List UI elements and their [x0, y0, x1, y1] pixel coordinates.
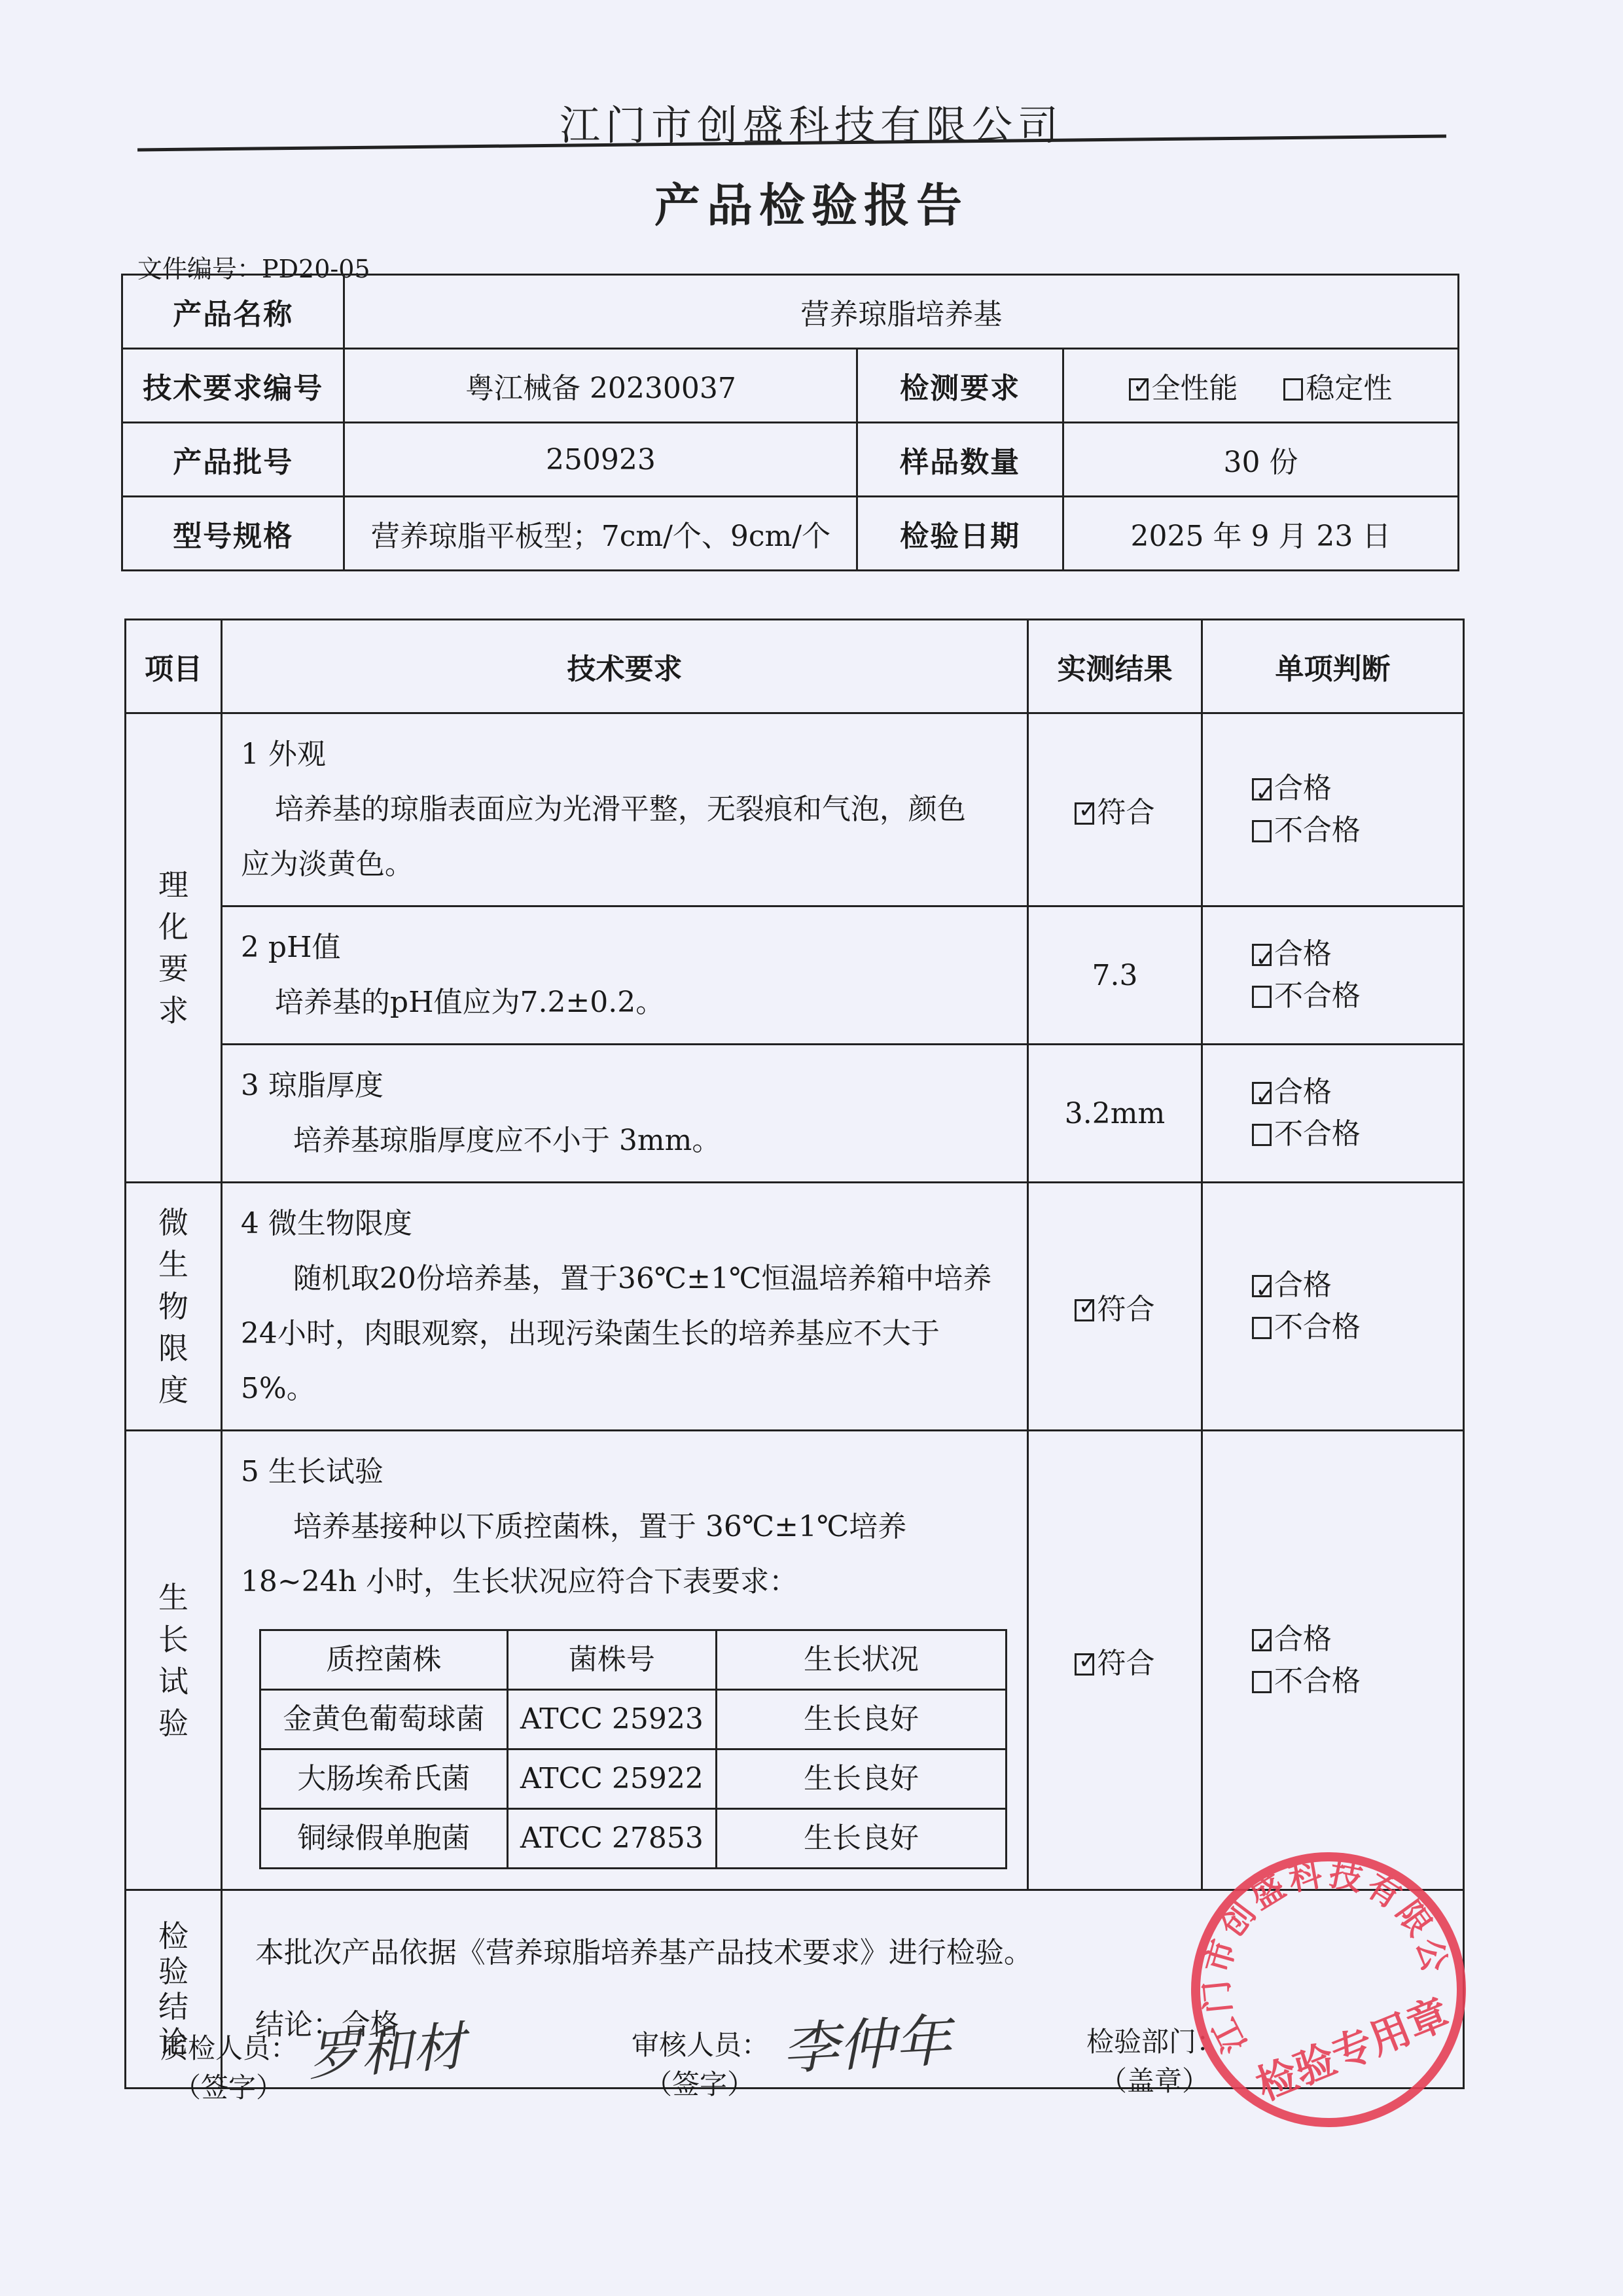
test-date-value: 2025 年 9 月 23 日 [1063, 497, 1458, 571]
fail-checkbox[interactable] [1252, 1671, 1272, 1693]
item-title: 4 微生物限度 [241, 1196, 1007, 1251]
judgement-cell: 合格 不合格 [1202, 1183, 1463, 1431]
item-desc: 培养基的pH值应为7.2±0.2。 [241, 975, 1007, 1030]
pass-checkbox[interactable] [1252, 944, 1272, 966]
test-req-options: 全性能 稳定性 [1063, 349, 1458, 423]
reviewer-sub: （签字） [632, 2065, 769, 2104]
inspector-signature[interactable]: 罗和材 [305, 2004, 467, 2090]
pass-checkbox[interactable] [1252, 1629, 1272, 1651]
pass-checkbox[interactable] [1252, 778, 1272, 800]
product-info-table: 产品名称 营养琼脂培养基 技术要求编号 粤江械备 20230037 检测要求 全… [121, 274, 1459, 571]
judgement-cell: 合格 不合格 [1202, 1045, 1463, 1183]
tech-req-no-value: 粤江械备 20230037 [344, 349, 857, 423]
sample-qty-label: 样品数量 [857, 423, 1063, 497]
strain-row: 大肠埃希氏菌 ATCC 25922 生长良好 [260, 1749, 1006, 1809]
test-req-label: 检测要求 [857, 349, 1063, 423]
requirement-growth-test: 5 生长试验 培养基接种以下质控菌株，置于 36℃±1℃培养 18~24h 小时… [221, 1431, 1027, 1890]
report-title: 产品检验报告 [0, 169, 1623, 235]
full-performance-checkbox[interactable] [1129, 378, 1149, 401]
fail-checkbox[interactable] [1252, 986, 1272, 1008]
result-cell: 符合 [1028, 713, 1202, 906]
batch-value: 250923 [344, 423, 857, 497]
requirement-thickness: 3 琼脂厚度 培养基琼脂厚度应不小于 3mm。 [221, 1045, 1027, 1183]
category-micro: 微生物限度 [126, 1183, 222, 1431]
item-desc: 培养基琼脂厚度应不小于 3mm。 [241, 1113, 1007, 1168]
inspection-table-header: 项目 技术要求 实测结果 单项判断 [126, 620, 1464, 713]
table-row: 3 琼脂厚度 培养基琼脂厚度应不小于 3mm。 3.2mm 合格 不合格 [126, 1045, 1464, 1183]
result-cell: 7.3 [1028, 906, 1202, 1045]
header-judgement: 单项判断 [1202, 620, 1463, 713]
strain-header-name: 质控菌株 [260, 1630, 507, 1690]
conform-checkbox[interactable] [1075, 1653, 1094, 1676]
item-desc-cont: 24小时，肉眼观察，出现污染菌生长的培养基应不大于5%。 [241, 1306, 1007, 1416]
product-name-value: 营养琼脂培养基 [344, 275, 1459, 349]
item-desc: 培养基接种以下质控菌株，置于 36℃±1℃培养 [241, 1499, 1007, 1554]
batch-label: 产品批号 [122, 423, 344, 497]
pass-checkbox[interactable] [1252, 1275, 1272, 1297]
fail-checkbox[interactable] [1252, 1317, 1272, 1339]
item-desc: 随机取20份培养基，置于36℃±1℃恒温培养箱中培养 [241, 1251, 1007, 1306]
sample-qty-value: 30 份 [1063, 423, 1458, 497]
full-performance-label: 全性能 [1151, 372, 1238, 405]
category-growth: 生长试验 [126, 1431, 222, 1890]
item-desc-cont: 18~24h 小时，生长状况应符合下表要求： [241, 1554, 1007, 1609]
judgement-cell: 合格 不合格 [1202, 713, 1463, 906]
judgement-cell: 合格 不合格 [1202, 906, 1463, 1045]
item-title: 2 pH值 [241, 920, 1007, 975]
item-desc-cont: 应为淡黄色。 [241, 837, 1007, 892]
dept-sub: （盖章） [1086, 2062, 1224, 2101]
category-physchem: 理化要求 [126, 713, 222, 1183]
item-title: 1 外观 [241, 727, 1007, 782]
strain-row: 金黄色葡萄球菌 ATCC 25923 生长良好 [260, 1690, 1006, 1749]
result-cell: 符合 [1028, 1431, 1202, 1890]
inspector-signature-block: 质检人员： （签字） [160, 2029, 298, 2108]
stability-checkbox[interactable] [1283, 378, 1303, 401]
table-row: 2 pH值 培养基的pH值应为7.2±0.2。 7.3 合格 不合格 [126, 906, 1464, 1045]
judgement-cell: 合格 不合格 [1202, 1431, 1463, 1890]
result-cell: 3.2mm [1028, 1045, 1202, 1183]
reviewer-signature-block: 审核人员： （签字） [632, 2026, 769, 2104]
pass-checkbox[interactable] [1252, 1082, 1272, 1104]
reviewer-label: 审核人员： [632, 2026, 769, 2065]
fail-checkbox[interactable] [1252, 820, 1272, 842]
result-cell: 符合 [1028, 1183, 1202, 1431]
reviewer-signature[interactable]: 李仲年 [780, 1995, 953, 2085]
item-title: 3 琼脂厚度 [241, 1058, 1007, 1113]
stability-label: 稳定性 [1306, 372, 1392, 405]
header-tech-req: 技术要求 [221, 620, 1027, 713]
item-title: 5 生长试验 [241, 1444, 1007, 1499]
requirement-ph: 2 pH值 培养基的pH值应为7.2±0.2。 [221, 906, 1027, 1045]
conform-checkbox[interactable] [1075, 802, 1094, 825]
strain-header-id: 菌株号 [507, 1630, 716, 1690]
item-desc: 培养基的琼脂表面应为光滑平整，无裂痕和气泡，颜色 [241, 782, 1007, 837]
model-value: 营养琼脂平板型；7cm/个、9cm/个 [344, 497, 857, 571]
strain-table: 质控菌株 菌株号 生长状况 金黄色葡萄球菌 ATCC 25923 生长良好 大肠… [259, 1629, 1007, 1869]
conform-checkbox[interactable] [1075, 1299, 1094, 1321]
product-name-label: 产品名称 [122, 275, 344, 349]
inspector-label: 质检人员： [160, 2029, 298, 2068]
strain-row: 铜绿假单胞菌 ATCC 27853 生长良好 [260, 1809, 1006, 1869]
fail-checkbox[interactable] [1252, 1124, 1272, 1146]
requirement-appearance: 1 外观 培养基的琼脂表面应为光滑平整，无裂痕和气泡，颜色 应为淡黄色。 [221, 713, 1027, 906]
table-row: 微生物限度 4 微生物限度 随机取20份培养基，置于36℃±1℃恒温培养箱中培养… [126, 1183, 1464, 1431]
tech-req-no-label: 技术要求编号 [122, 349, 344, 423]
table-row: 理化要求 1 外观 培养基的琼脂表面应为光滑平整，无裂痕和气泡，颜色 应为淡黄色… [126, 713, 1464, 906]
test-date-label: 检验日期 [857, 497, 1063, 571]
header-result: 实测结果 [1028, 620, 1202, 713]
strain-header-growth: 生长状况 [716, 1630, 1006, 1690]
model-label: 型号规格 [122, 497, 344, 571]
header-item: 项目 [126, 620, 222, 713]
table-row: 生长试验 5 生长试验 培养基接种以下质控菌株，置于 36℃±1℃培养 18~2… [126, 1431, 1464, 1890]
requirement-micro-limit: 4 微生物限度 随机取20份培养基，置于36℃±1℃恒温培养箱中培养 24小时，… [221, 1183, 1027, 1431]
inspector-sub: （签字） [160, 2068, 298, 2108]
